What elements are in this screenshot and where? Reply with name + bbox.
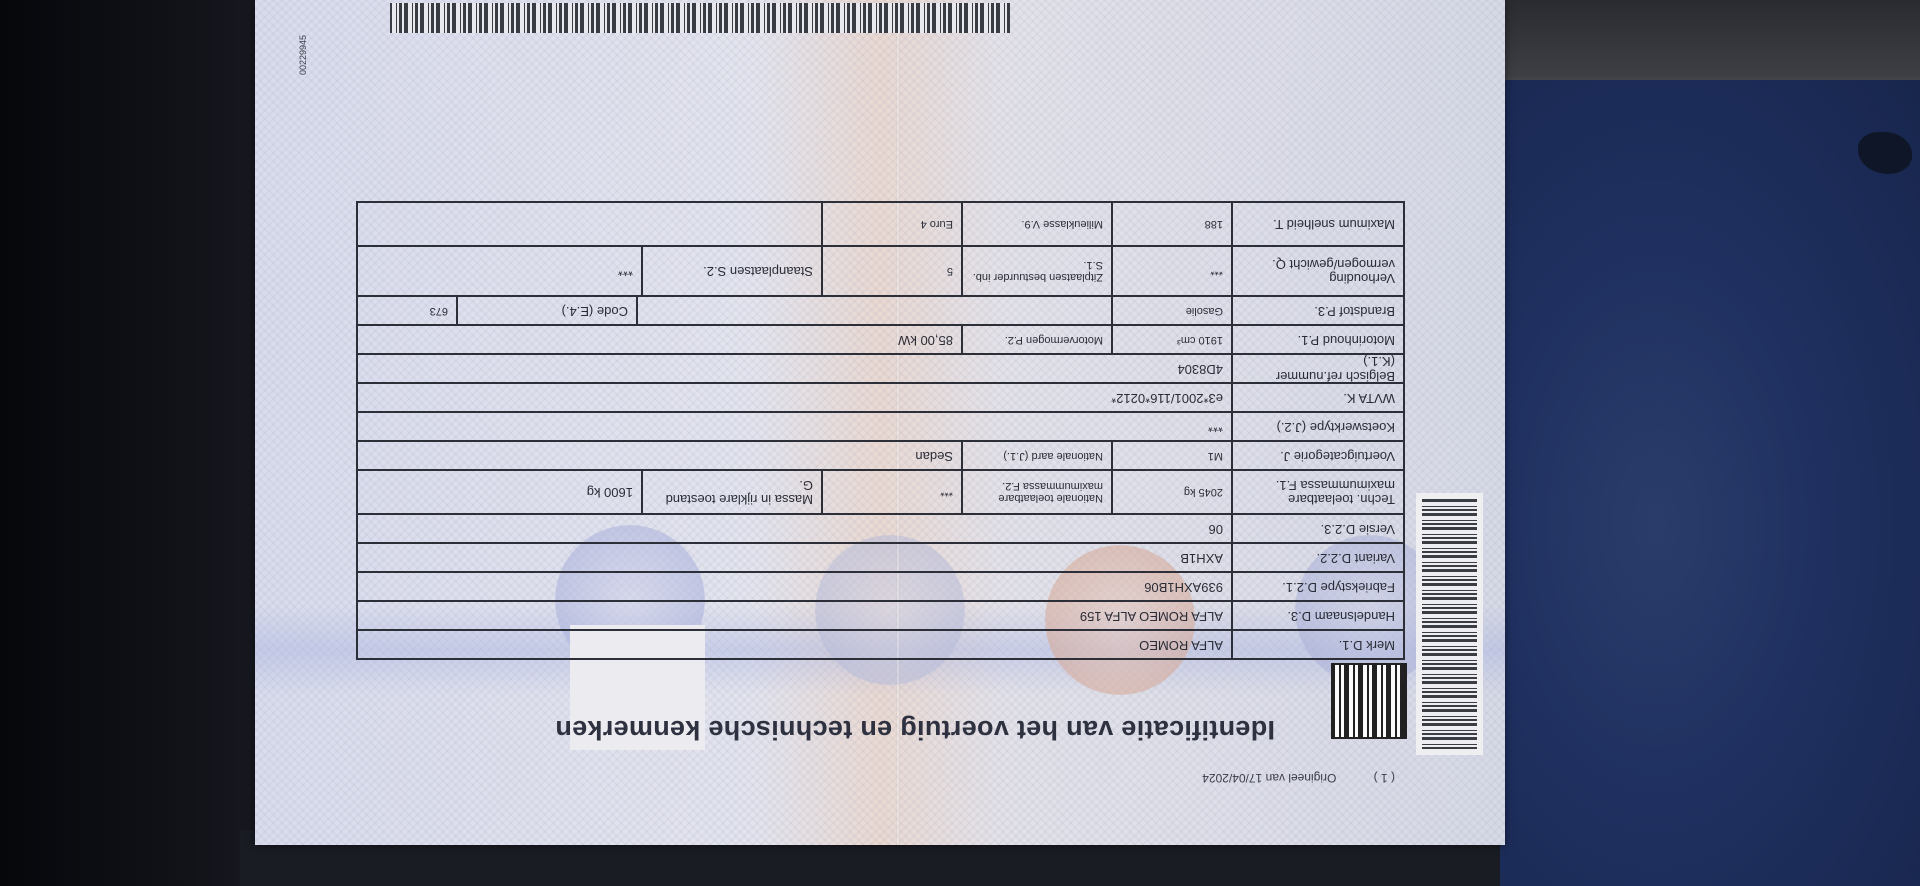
field-value: 1600 kg <box>358 471 643 513</box>
datamatrix-code <box>1333 665 1405 737</box>
field-value: *** <box>358 247 643 295</box>
table-row: Brandstof P.3. Gasolie Code (E.4.) 673 <box>358 297 1403 326</box>
table-row: Belgisch ref.nummer (K.1.) 4D8304 <box>358 355 1403 384</box>
page-indicator: ( 1 ) <box>1374 771 1395 785</box>
field-label: Staanplaatsen S.2. <box>643 247 823 295</box>
table-row: Versie D.2.3. 06 <box>358 515 1403 544</box>
document-title: Identificatie van het voertuig en techni… <box>555 714 1275 745</box>
field-label: Motorvermogen P.2. <box>963 326 1113 353</box>
horizontal-barcode <box>390 3 1010 33</box>
field-label: Versie D.2.3. <box>1233 515 1403 542</box>
background-right <box>1480 80 1920 886</box>
table-row: Voertuigcategorie J. M1 Nationale aard (… <box>358 442 1403 471</box>
side-serial-code: 00229945 <box>298 35 308 75</box>
table-row: Koetswerktype (J.2.) *** <box>358 413 1403 442</box>
field-label: Variant D.2.2. <box>1233 544 1403 571</box>
field-label: Milieuklasse V.9. <box>963 203 1113 245</box>
table-row: Merk D.1. ALFA ROMEO <box>358 631 1403 658</box>
field-label: Nationale toelaatbare maximummassa F.2. <box>963 471 1113 513</box>
field-value: ALFA ROMEO <box>358 631 1233 658</box>
field-value: Sedan <box>358 442 963 469</box>
field-label: Brandstof P.3. <box>1233 297 1403 324</box>
field-value: e3*2001/116*0212* <box>358 384 1233 411</box>
field-label: Fabriekstype D.2.1. <box>1233 573 1403 600</box>
table-row: Maximum snelheid T. 188 Milieuklasse V.9… <box>358 203 1403 247</box>
field-label: Massa in rijklare toestand G. <box>643 471 823 513</box>
field-label: Handelsnaam D.3. <box>1233 602 1403 629</box>
field-value: ALFA ROMEO ALFA 159 <box>358 602 1233 629</box>
field-value: 673 <box>358 297 458 324</box>
table-row: WVTA K. e3*2001/116*0212* <box>358 384 1403 413</box>
field-empty <box>358 203 823 245</box>
field-value: 5 <box>823 247 963 295</box>
field-label: Verhouding vermogen/gewicht Q. <box>1233 247 1403 295</box>
vehicle-data-table: Merk D.1. ALFA ROMEO Handelsnaam D.3. AL… <box>356 201 1405 660</box>
table-row: Fabriekstype D.2.1. 939AXH1B06 <box>358 573 1403 602</box>
field-value: *** <box>823 471 963 513</box>
field-label: Zitplaatsen bestuurder inb. S.1. <box>963 247 1113 295</box>
field-value: 2045 kg <box>1113 471 1233 513</box>
field-value: 939AXH1B06 <box>358 573 1233 600</box>
field-value: 06 <box>358 515 1233 542</box>
field-label: Code (E.4.) <box>458 297 638 324</box>
field-label: Nationale aard (J.1.) <box>963 442 1113 469</box>
original-date: Origineel van 17/04/2024 <box>1202 771 1336 785</box>
table-row: Motorinhoud P.1. 1910 cm³ Motorvermogen … <box>358 326 1403 355</box>
field-label: Maximum snelheid T. <box>1233 203 1403 245</box>
registration-document: 00229945 ( 1 ) Origineel van 17/04/2024 … <box>255 0 1505 845</box>
field-label: Merk D.1. <box>1233 631 1403 658</box>
field-value: Euro 4 <box>823 203 963 245</box>
table-row: Techn. toelaatbare maximummassa F.1. 204… <box>358 471 1403 515</box>
table-row: Handelsnaam D.3. ALFA ROMEO ALFA 159 <box>358 602 1403 631</box>
table-row: Variant D.2.2. AXH1B <box>358 544 1403 573</box>
field-label: Belgisch ref.nummer (K.1.) <box>1233 355 1403 382</box>
field-value: 85,00 kW <box>358 326 963 353</box>
field-value: 188 <box>1113 203 1233 245</box>
field-empty <box>638 297 1113 324</box>
field-label: Motorinhoud P.1. <box>1233 326 1403 353</box>
document-meta: ( 1 ) Origineel van 17/04/2024 <box>1168 771 1395 785</box>
field-value: *** <box>358 413 1233 440</box>
field-label: Techn. toelaatbare maximummassa F.1. <box>1233 471 1403 513</box>
vertical-barcode <box>1416 493 1483 755</box>
field-label: Voertuigcategorie J. <box>1233 442 1403 469</box>
field-value: 1910 cm³ <box>1113 326 1233 353</box>
field-value: Gasolie <box>1113 297 1233 324</box>
field-value: M1 <box>1113 442 1233 469</box>
field-value: AXH1B <box>358 544 1233 571</box>
field-label: WVTA K. <box>1233 384 1403 411</box>
field-value: 4D8304 <box>358 355 1233 382</box>
field-value: *** <box>1113 247 1233 295</box>
field-label: Koetswerktype (J.2.) <box>1233 413 1403 440</box>
table-row: Verhouding vermogen/gewicht Q. *** Zitpl… <box>358 247 1403 297</box>
